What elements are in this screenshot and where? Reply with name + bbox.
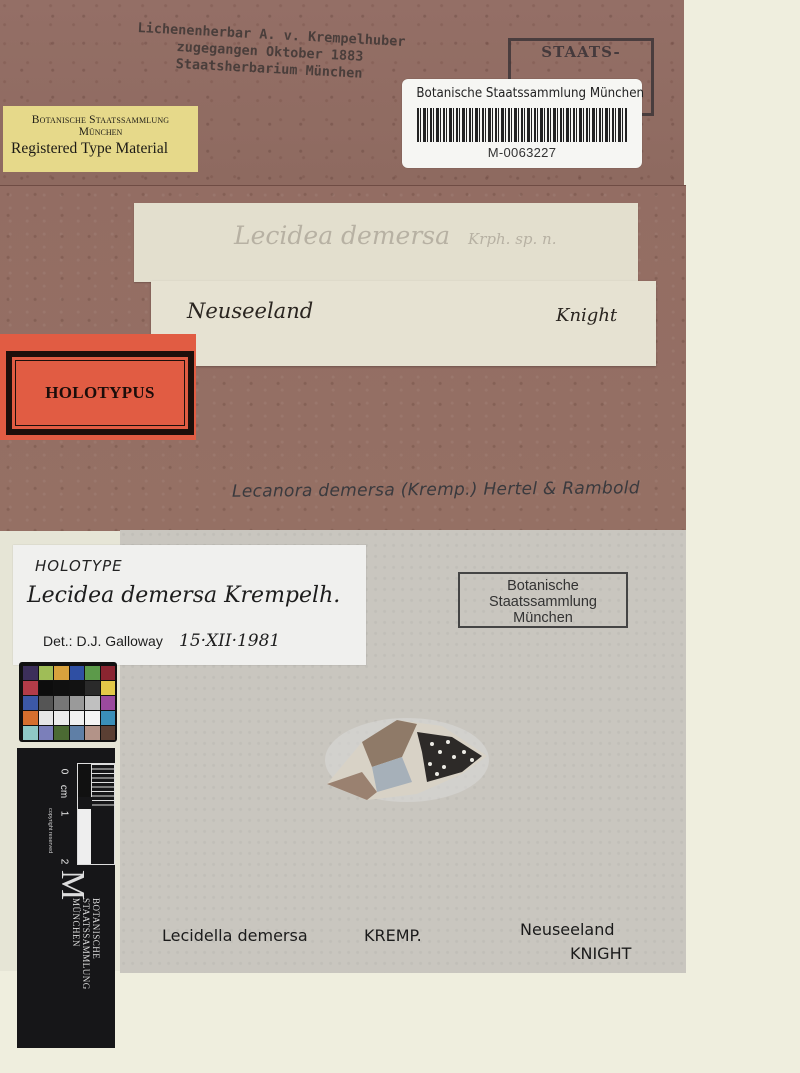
pencil-annotation: Lecanora demersa (Kremp.) Hertel & Rambo… xyxy=(232,478,640,502)
colour-swatch xyxy=(39,711,54,725)
colour-swatch xyxy=(39,666,54,680)
scale-bar: 0 cm 1 2 copyright reserved M BOTANISCHE… xyxy=(17,748,115,1048)
colour-swatch xyxy=(101,726,116,740)
colour-swatch xyxy=(85,711,100,725)
bottom-taxon: Lecidella demersa xyxy=(162,926,308,945)
colour-swatch xyxy=(23,696,38,710)
colour-swatch xyxy=(70,696,85,710)
determination-label: HOLOTYPE Lecidea demersa Krempelh. Det.:… xyxy=(13,545,366,665)
colour-swatch xyxy=(70,726,85,740)
colour-swatch xyxy=(54,666,69,680)
colour-swatch xyxy=(85,681,100,695)
colour-swatch xyxy=(54,681,69,695)
ruler-icon xyxy=(77,763,115,865)
bottom-author: KREMP. xyxy=(364,926,422,945)
barcode-id: M-0063227 xyxy=(402,145,642,160)
colour-calibration-chart xyxy=(19,662,117,742)
colour-swatch xyxy=(39,681,54,695)
colour-swatch xyxy=(39,696,54,710)
colour-swatch xyxy=(54,711,69,725)
colour-swatch xyxy=(70,711,85,725)
lichen-specimen xyxy=(322,712,492,807)
colour-swatch xyxy=(70,681,85,695)
barcode-icon xyxy=(417,108,627,142)
colour-swatch xyxy=(101,666,116,680)
bottom-collector: KNIGHT xyxy=(570,944,631,963)
locality-text: Neuseeland xyxy=(187,299,313,323)
colour-swatch xyxy=(101,681,116,695)
colour-swatch xyxy=(54,726,69,740)
colour-swatch xyxy=(101,696,116,710)
registered-type-label: Botanische Staatssammlung München Regist… xyxy=(3,106,198,172)
colour-swatch xyxy=(85,726,100,740)
bottom-locality: Neuseeland xyxy=(520,920,615,939)
barcode-label: Botanische Staatssammlung München M-0063… xyxy=(402,79,642,168)
colour-swatch xyxy=(54,696,69,710)
colour-swatch xyxy=(85,666,100,680)
colour-swatch xyxy=(39,726,54,740)
colour-swatch xyxy=(23,681,38,695)
colour-swatch xyxy=(70,666,85,680)
colour-swatch xyxy=(101,711,116,725)
colour-swatch xyxy=(85,696,100,710)
colour-swatch xyxy=(23,726,38,740)
bsm-logo-text: BOTANISCHE STAATSSAMMLUNG MÜNCHEN xyxy=(71,898,101,990)
locality-slip: Neuseeland Knight xyxy=(151,281,656,366)
original-taxon-slip: Lecidea demersaKrph. sp. n. xyxy=(134,203,638,282)
colour-swatch xyxy=(23,666,38,680)
institution-stamp: Botanische Staatssammlung München xyxy=(458,572,628,628)
collector-text: Knight xyxy=(556,305,617,326)
bsm-logo-icon: M xyxy=(53,870,91,900)
holotypus-label: HOLOTYPUS xyxy=(0,334,196,440)
colour-swatch xyxy=(23,711,38,725)
